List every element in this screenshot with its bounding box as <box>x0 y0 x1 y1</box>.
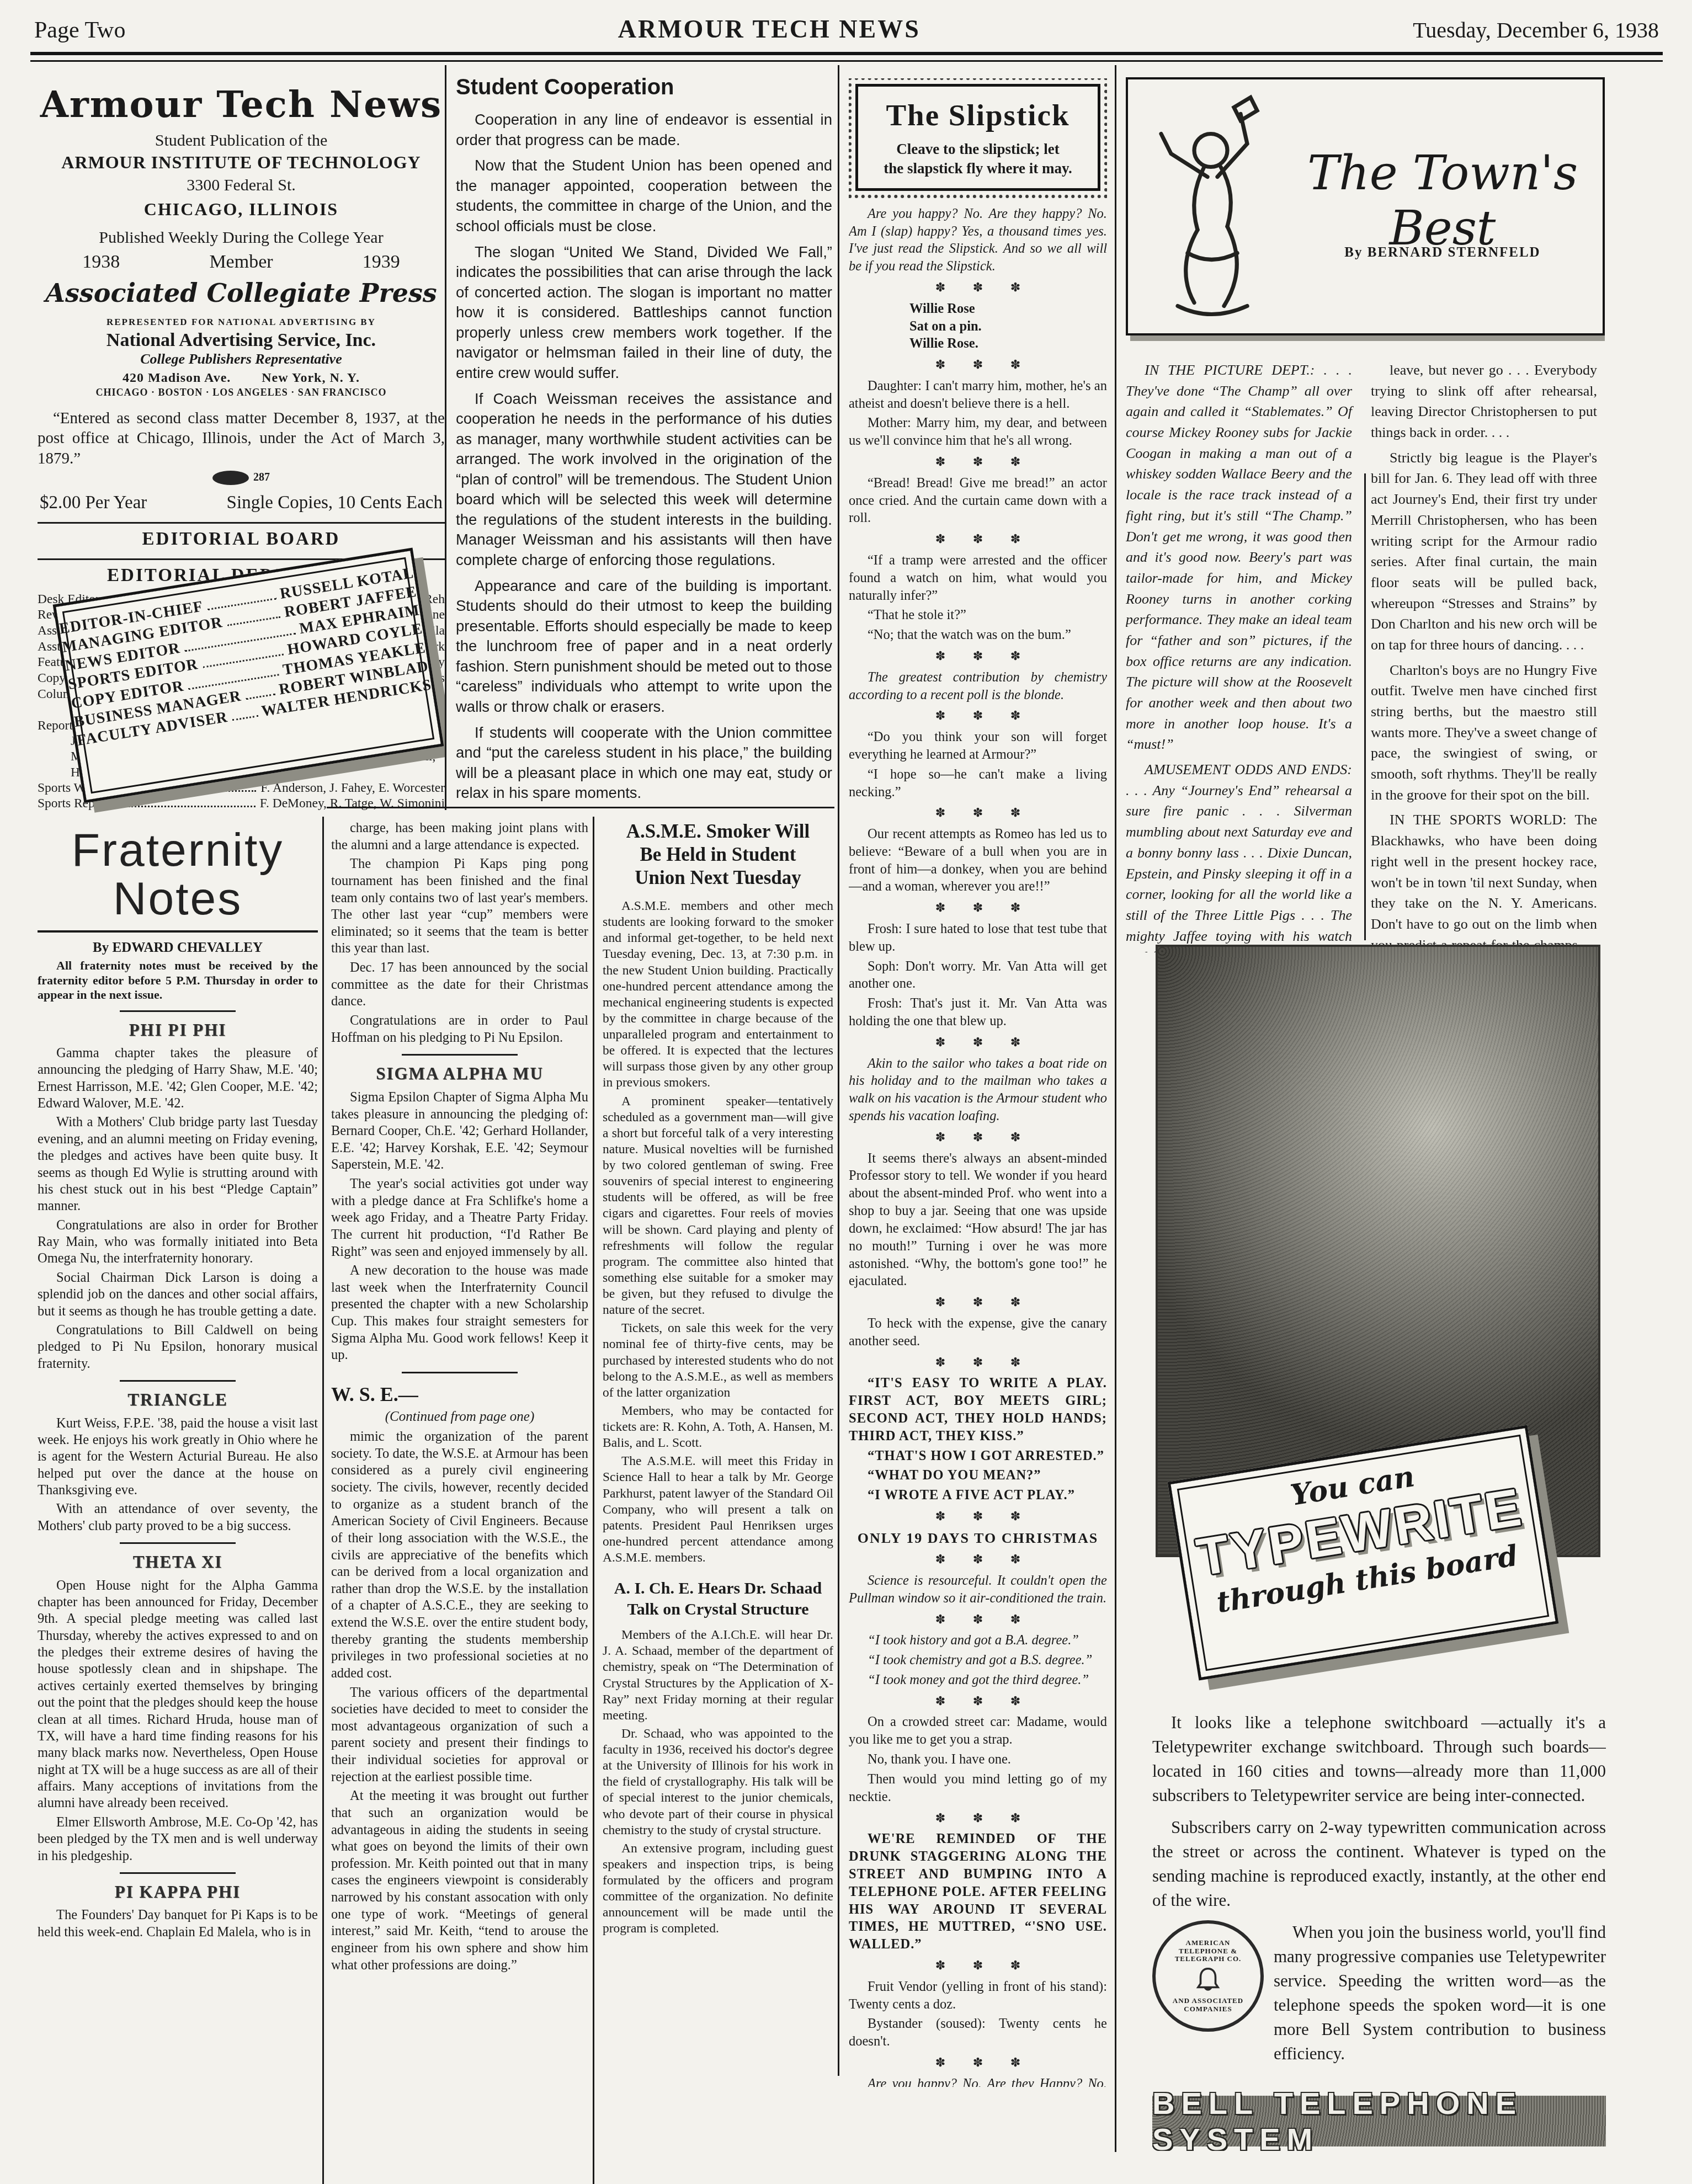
section-rule <box>402 1372 518 1373</box>
masthead: Armour Tech News Student Publication of … <box>38 67 445 813</box>
editorial-headline: Student Cooperation <box>456 73 832 102</box>
subscription-price-row: $2.00 Per Year Single Copies, 10 Cents E… <box>38 493 445 513</box>
aiche-paragraph: An extensive program, including guest sp… <box>603 1841 833 1937</box>
asme-paragraph: Tickets, on sale this week for the very … <box>603 1320 833 1401</box>
staff-row: CartoonistJ. Mirotanic <box>38 812 445 813</box>
bell-system-seal: AMERICAN TELEPHONE & TELEGRAPH CO. AND A… <box>1152 1920 1264 2032</box>
slipstick-item: WE'RE REMINDED OF THE DRUNK STAGGERING A… <box>849 1830 1107 1953</box>
star-separator: ✽ ✽ ✽ <box>849 708 1107 724</box>
fraternity-paragraph: With a Mothers' Club bridge party last T… <box>38 1114 318 1214</box>
slipstick-item: “WHAT DO YOU MEAN?” <box>849 1467 1107 1484</box>
bell-icon <box>1193 1965 1223 1995</box>
towns-best-section: The Town's Best By BERNARD STERNFELD IN … <box>1126 77 1605 952</box>
towns-best-header-box: The Town's Best By BERNARD STERNFELD <box>1126 77 1605 335</box>
asme-paragraph: The A.S.M.E. will meet this Friday in Sc… <box>603 1453 833 1566</box>
section-heading: THETA XI <box>38 1552 318 1573</box>
street-address: 3300 Federal St. <box>38 176 445 195</box>
towns-paragraph: IN THE PICTURE DEPT.: . . . They've done… <box>1126 360 1352 755</box>
star-separator: ✽ ✽ ✽ <box>849 280 1107 296</box>
slipstick-item: Bystander (soused): Twenty cents he does… <box>849 2015 1107 2050</box>
star-separator: ✽ ✽ ✽ <box>849 1958 1107 1974</box>
aiche-paragraph: Members of the A.I.Ch.E. will hear Dr. J… <box>603 1627 833 1724</box>
fraternity-paragraph: Gamma chapter takes the pleasure of anno… <box>38 1045 318 1112</box>
continued-note: (Continued from page one) <box>331 1408 588 1425</box>
member-year-left: 1938 <box>82 252 120 273</box>
ad-bottom-row: AMERICAN TELEPHONE & TELEGRAPH CO. AND A… <box>1152 1920 1606 2074</box>
associated-collegiate-press: Associated Collegiate Press <box>38 278 445 308</box>
section-rule <box>120 1542 236 1544</box>
column-rule <box>445 65 446 810</box>
seal-bottom-text: AND ASSOCIATED COMPANIES <box>1167 1997 1249 2013</box>
ad-paragraph: Subscribers carry on 2-way typewritten c… <box>1152 1815 1606 1913</box>
asme-column: A.S.M.E. Smoker Will Be Held in Student … <box>603 816 833 2178</box>
towns-best-right-column: leave, but never go . . . Everybody tryi… <box>1371 360 1597 952</box>
advertising-service-name: National Advertising Service, Inc. <box>38 330 445 351</box>
service-cities: CHICAGO · BOSTON · LOS ANGELES · SAN FRA… <box>38 387 445 398</box>
slipstick-item: Akin to the sailor who takes a boat ride… <box>849 1055 1107 1125</box>
column-rule <box>838 65 839 2076</box>
fraternity-paragraph: Kurt Weiss, F.P.E. '38, paid the house a… <box>38 1415 318 1499</box>
asme-paragraph: A prominent speaker—tentatively schedule… <box>603 1094 833 1319</box>
union-label-icon <box>212 471 249 485</box>
headline-rule <box>38 930 318 933</box>
towns-best-left-column: IN THE PICTURE DEPT.: . . . They've done… <box>1126 360 1352 952</box>
masthead-title: Armour Tech News <box>38 83 445 126</box>
continuation-paragraph: charge, has been making joint plans with… <box>331 820 588 854</box>
fraternity-paragraph: The Founders' Day banquet for Pi Kaps is… <box>38 1907 318 1941</box>
fraternity-notes-column: Fraternity Notes By EDWARD CHEVALLEY All… <box>38 823 318 2175</box>
slipstick-item: “If a tramp were arrested and the office… <box>849 552 1107 605</box>
slipstick-item: ONLY 19 DAYS TO CHRISTMAS <box>849 1529 1107 1548</box>
star-separator: ✽ ✽ ✽ <box>849 1295 1107 1311</box>
newspaper-page: Page Two ARMOUR TECH NEWS Tuesday, Decem… <box>0 0 1692 2184</box>
slipstick-item: “That he stole it?” <box>849 606 1107 624</box>
fraternity-notice: All fraternity notes must be received by… <box>38 958 318 1002</box>
towns-best-columns: IN THE PICTURE DEPT.: . . . They've done… <box>1126 360 1605 952</box>
yearly-price: $2.00 Per Year <box>40 493 147 513</box>
column-rule <box>593 817 594 2184</box>
ad-paragraph: When you join the business world, you'll… <box>1274 1920 1606 2066</box>
slipstick-item: Are you happy? No. Are they happy? No. A… <box>849 205 1107 275</box>
slipstick-tagline: Cleave to the slipstick; let the slapsti… <box>864 140 1092 178</box>
slipstick-item: “Bread! Bread! Give me bread!” an actor … <box>849 475 1107 528</box>
slipstick-item: Fruit Vendor (yelling in front of his st… <box>849 1978 1107 2013</box>
slipstick-item: Then would you mind letting go of my nec… <box>849 1771 1107 1806</box>
wse-paragraph: mimic the organization of the parent soc… <box>331 1429 588 1682</box>
union-label-row: 287 <box>38 471 445 485</box>
slipstick-column: The Slipstick Cleave to the slipstick; l… <box>849 78 1107 2087</box>
slipstick-item: No, thank you. I have one. <box>849 1751 1107 1768</box>
slipstick-item: Frosh: I sure hated to lose that test tu… <box>849 920 1107 956</box>
section-rule <box>402 1054 518 1056</box>
star-separator: ✽ ✽ ✽ <box>849 1035 1107 1051</box>
banner-text: BELL TELEPHONE SYSTEM <box>1152 2085 1606 2151</box>
star-separator: ✽ ✽ ✽ <box>849 1810 1107 1826</box>
slipstick-item: Frosh: That's just it. Mr. Van Atta was … <box>849 995 1107 1030</box>
star-separator: ✽ ✽ ✽ <box>849 1509 1107 1525</box>
slipstick-item: Daughter: I can't marry him, mother, he'… <box>849 377 1107 413</box>
slipstick-item: Our recent attempts as Romeo has led us … <box>849 825 1107 896</box>
seal-top-text: AMERICAN TELEPHONE & TELEGRAPH CO. <box>1167 1939 1249 1963</box>
slipstick-item: It seems there's always an absent-minded… <box>849 1150 1107 1291</box>
slipstick-item: “I took money and got the third degree.” <box>849 1671 1107 1689</box>
towns-paragraph: Strictly big league is the Player's bill… <box>1371 448 1597 656</box>
asme-headline: A.S.M.E. Smoker Will Be Held in Student … <box>603 820 833 889</box>
towns-best-title: The Town's Best <box>1294 146 1592 256</box>
member-year-row: 1938 Member 1939 <box>38 252 445 273</box>
slipstick-item: Mother: Marry him, my dear, and between … <box>849 414 1107 450</box>
section-heading: PI KAPPA PHI <box>38 1882 318 1903</box>
editorial-paragraph: Appearance and care of the building is i… <box>456 576 832 717</box>
star-separator: ✽ ✽ ✽ <box>849 531 1107 547</box>
publication-schedule: Published Weekly During the College Year <box>38 228 445 247</box>
fraternity-paragraph: Congratulations are also in order for Br… <box>38 1217 318 1267</box>
slipstick-item: “Do you think your son will forget every… <box>849 728 1107 764</box>
towns-paragraph: Charlton's boys are no Hungry Five outfi… <box>1371 660 1597 806</box>
advertising-rep-line: REPRESENTED FOR NATIONAL ADVERTISING BY <box>38 317 445 328</box>
slipstick-item: Willie Rose Sat on a pin. Willie Rose. <box>849 300 1107 353</box>
star-separator: ✽ ✽ ✽ <box>849 2055 1107 2071</box>
fraternity-paragraph: The year's social activities got under w… <box>331 1176 588 1260</box>
towns-paragraph: leave, but never go . . . Everybody tryi… <box>1371 360 1597 443</box>
towns-best-byline: By BERNARD STERNFELD <box>1294 245 1592 260</box>
ad-paragraph: It looks like a telephone switchboard —a… <box>1152 1711 1606 1808</box>
editorial-paragraph: If Coach Weissman receives the assistanc… <box>456 389 832 571</box>
continuation-paragraph: Congratulations are in order to Paul Hof… <box>331 1013 588 1046</box>
single-copy-price: Single Copies, 10 Cents Each <box>227 493 443 513</box>
city-line: CHICAGO, ILLINOIS <box>38 199 445 220</box>
towns-paragraph: AMUSEMENT ODDS AND ENDS: . . . Any “Jour… <box>1126 759 1352 952</box>
asme-paragraph: A.S.M.E. members and other mech students… <box>603 898 833 1091</box>
slipstick-item: “I hope so—he can't make a living neckin… <box>849 766 1107 801</box>
asme-paragraph: Members, who may be contacted for ticket… <box>603 1403 833 1451</box>
slipstick-item: Soph: Don't worry. Mr. Van Atta will get… <box>849 958 1107 993</box>
member-year-right: 1939 <box>363 252 400 273</box>
wse-heading: W. S. E.— <box>331 1382 588 1407</box>
slipstick-header-box: The Slipstick Cleave to the slipstick; l… <box>855 84 1100 191</box>
masthead-subtitle: Student Publication of the <box>38 131 445 150</box>
slipstick-item: “IT'S EASY TO WRITE A PLAY. FIRST ACT, B… <box>849 1375 1107 1445</box>
issue-date: Tuesday, December 6, 1938 <box>1413 17 1659 43</box>
star-separator: ✽ ✽ ✽ <box>849 1693 1107 1709</box>
fraternity-paragraph: Open House night for the Alpha Gamma cha… <box>38 1578 318 1812</box>
header-rule <box>30 52 1663 62</box>
fraternity-paragraph: Congratulations to Bill Caldwell on bein… <box>38 1322 318 1372</box>
editorial-board-title: EDITORIAL BOARD <box>38 529 445 550</box>
slipstick-item: “No; that the watch was on the bum.” <box>849 626 1107 644</box>
slipstick-item: “I took chemistry and got a B.S. degree.… <box>849 1652 1107 1669</box>
star-separator: ✽ ✽ ✽ <box>849 648 1107 664</box>
star-separator: ✽ ✽ ✽ <box>849 900 1107 916</box>
section-rule <box>120 1380 236 1382</box>
star-separator: ✽ ✽ ✽ <box>849 357 1107 373</box>
slipstick-item: On a crowded street car: Madame, would y… <box>849 1713 1107 1749</box>
star-separator: ✽ ✽ ✽ <box>849 1552 1107 1568</box>
fraternity-paragraph: A new decoration to the house was made l… <box>331 1263 588 1364</box>
union-label-number: 287 <box>253 471 270 484</box>
fraternity-paragraph: Social Chairman Dick Larson is doing a s… <box>38 1270 318 1320</box>
fraternity-paragraph: Sigma Epsilon Chapter of Sigma Alpha Mu … <box>331 1089 588 1174</box>
second-class-notice: “Entered as second class matter December… <box>38 408 445 468</box>
fraternity-paragraph: With an attendance of over seventy, the … <box>38 1501 318 1535</box>
section-heading: TRIANGLE <box>38 1389 318 1410</box>
star-separator: ✽ ✽ ✽ <box>849 454 1107 470</box>
slipstick-item: Are you happy? No. Are they Happy? No. W… <box>849 2075 1107 2087</box>
section-rule <box>120 1010 236 1012</box>
bell-telephone-banner: BELL TELEPHONE SYSTEM <box>1152 2096 1606 2146</box>
slipstick-item: Science is resourceful. It couldn't open… <box>849 1572 1107 1607</box>
ad-body-text: It looks like a telephone switchboard —a… <box>1152 1711 1606 2074</box>
continuation-paragraph: The champion Pi Kaps ping pong tournamen… <box>331 856 588 957</box>
editorial-paragraph: If students will cooperate with the Unio… <box>456 723 832 803</box>
fraternity-notes-headline: Fraternity Notes <box>38 825 318 923</box>
towns-paragraph: IN THE SPORTS WORLD: The Blackhawks, who… <box>1371 809 1597 952</box>
aiche-headline: A. I. Ch. E. Hears Dr. Schaad Talk on Cr… <box>603 1578 833 1620</box>
publishers-representative: College Publishers Representative <box>38 351 445 367</box>
star-separator: ✽ ✽ ✽ <box>849 805 1107 821</box>
wse-paragraph: At the meeting it was brought out furthe… <box>331 1788 588 1974</box>
bell-telephone-ad: You can TYPEWRITE through this board It … <box>1152 945 1606 2151</box>
page-header: Page Two ARMOUR TECH NEWS Tuesday, Decem… <box>34 14 1659 44</box>
editorial-paragraph: Cooperation in any line of endeavor is e… <box>456 110 832 150</box>
masthead-rule <box>38 522 445 524</box>
editorial-paragraph: The slogan “United We Stand, Divided We … <box>456 242 832 383</box>
slipstick-item: The greatest contribution by chemistry a… <box>849 669 1107 704</box>
wse-paragraph: The various officers of the departmental… <box>331 1685 588 1786</box>
editorial-paragraph: Now that the Student Union has been open… <box>456 156 832 236</box>
slipstick-item: To heck with the expense, give the canar… <box>849 1315 1107 1350</box>
slipstick-title: The Slipstick <box>864 95 1092 135</box>
column-rule <box>1115 65 1116 2152</box>
paper-name-running-head: ARMOUR TECH NEWS <box>618 14 921 44</box>
page-number-label: Page Two <box>34 17 125 44</box>
slipstick-item: “I took history and got a B.A. degree.” <box>849 1632 1107 1649</box>
star-separator: ✽ ✽ ✽ <box>849 1355 1107 1371</box>
service-address: 420 Madison Ave. New York, N. Y. <box>38 371 445 386</box>
star-separator: ✽ ✽ ✽ <box>849 1130 1107 1146</box>
continuation-paragraph: Dec. 17 has been announced by the social… <box>331 960 588 1010</box>
continuation-column: charge, has been making joint plans with… <box>331 820 588 2177</box>
editorial-article: Student Cooperation Cooperation in any l… <box>456 73 832 802</box>
aiche-paragraph: Dr. Schaad, who was appointed to the fac… <box>603 1726 833 1839</box>
town-crier-illustration <box>1138 87 1287 324</box>
institute-name: ARMOUR INSTITUTE OF TECHNOLOGY <box>38 152 445 173</box>
section-heading: SIGMA ALPHA MU <box>331 1063 588 1085</box>
slipstick-item: “I WROTE A FIVE ACT PLAY.” <box>849 1487 1107 1504</box>
section-heading: PHI PI PHI <box>38 1020 318 1041</box>
slipstick-item: “THAT'S HOW I GOT ARRESTED.” <box>849 1447 1107 1465</box>
section-rule <box>120 1872 236 1874</box>
star-separator: ✽ ✽ ✽ <box>849 1612 1107 1628</box>
fraternity-paragraph: Elmer Ellsworth Ambrose, M.E. Co-Op '42,… <box>38 1814 318 1865</box>
member-label: Member <box>209 252 273 273</box>
fraternity-byline: By EDWARD CHEVALLEY <box>38 939 318 956</box>
column-rule <box>322 817 324 2184</box>
